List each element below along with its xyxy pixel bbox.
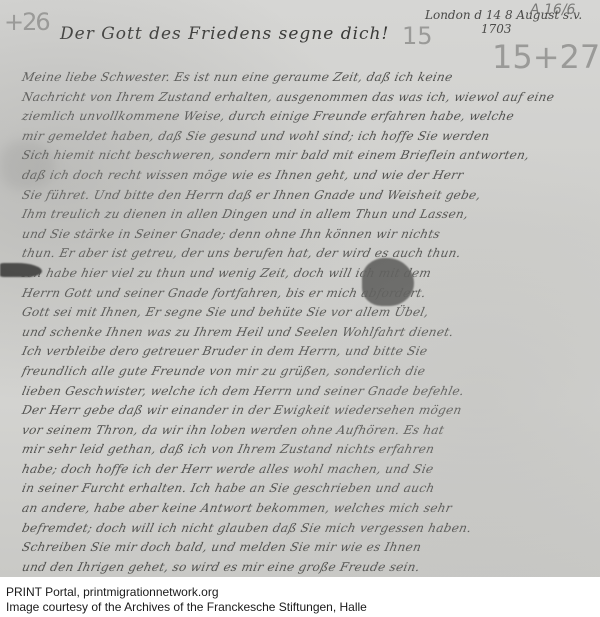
- archival-mark-top-left: +26: [4, 8, 49, 36]
- text-line: Der Herr gebe daß wir einander in der Ew…: [20, 401, 592, 421]
- text-line: mir gemeldet haben, daß Sie gesund und w…: [20, 127, 592, 147]
- text-line: lieben Geschwister, welche ich dem Herrn…: [20, 382, 592, 402]
- text-line: Ihm treulich zu dienen in allen Dingen u…: [20, 205, 592, 225]
- text-line: und Sie stärke in Seiner Gnade; denn ohn…: [20, 225, 592, 245]
- text-line: habe; doch hoffe ich der Herr werde alle…: [20, 460, 592, 480]
- text-line: und den Ihrigen gehet, so wird es mir ei…: [20, 558, 592, 577]
- text-line: thun. Er aber ist getreu, der uns berufe…: [20, 244, 592, 264]
- text-line: Schreiben Sie mir doch bald, und melden …: [20, 538, 592, 558]
- text-line: mir sehr leid gethan, daß ich von Ihrem …: [20, 440, 592, 460]
- text-line: vor seinem Thron, da wir ihn loben werde…: [20, 421, 592, 441]
- letter-scan: +26 A 16/6 15 15+27 London d 14 8 August…: [0, 0, 600, 577]
- text-line: in seiner Furcht erhalten. Ich habe an S…: [20, 479, 592, 499]
- text-line: befremdet; doch will ich nicht glauben d…: [20, 519, 592, 539]
- text-line: an andere, habe aber keine Antwort bekom…: [20, 499, 592, 519]
- caption-credit: Image courtesy of the Archives of the Fr…: [6, 600, 367, 615]
- text-line: Gott sei mit Ihnen, Er segne Sie und beh…: [20, 303, 592, 323]
- text-line: Ich verbleibe dero getreuer Bruder in de…: [20, 342, 592, 362]
- ink-blot: [0, 263, 42, 277]
- caption-source: PRINT Portal, printmigrationnetwork.org: [6, 585, 367, 600]
- text-line: Herrn Gott und seiner Gnade fortfahren, …: [20, 284, 592, 304]
- letter-body: Meine liebe Schwester. Es ist nun eine g…: [22, 68, 590, 577]
- text-line: Sie führet. Und bitte den Herrn daß er I…: [20, 186, 592, 206]
- dateline: London d 14 8 August s.v. 1703: [425, 8, 582, 36]
- text-line: daß ich doch recht wissen möge wie es Ih…: [20, 166, 592, 186]
- text-line: freundlich alle gute Freunde von mir zu …: [20, 362, 592, 382]
- text-line: ziemlich unvollkommene Weise, durch eini…: [20, 107, 592, 127]
- text-line: Ich habe hier viel zu thun und wenig Zei…: [20, 264, 592, 284]
- ink-blot: [362, 258, 414, 306]
- text-line: Sich hiemit nicht beschweren, sondern mi…: [20, 146, 592, 166]
- year: 1703: [481, 22, 582, 36]
- text-line: Nachricht von Ihrem Zustand erhalten, au…: [20, 88, 592, 108]
- text-line: und schenke Ihnen was zu Ihrem Heil und …: [20, 323, 592, 343]
- image-caption: PRINT Portal, printmigrationnetwork.org …: [6, 585, 367, 615]
- text-line: Meine liebe Schwester. Es ist nun eine g…: [20, 68, 592, 88]
- place-date: London d 14 8 August s.v.: [425, 8, 582, 22]
- salutation: Der Gott des Friedens segne dich!: [60, 24, 389, 44]
